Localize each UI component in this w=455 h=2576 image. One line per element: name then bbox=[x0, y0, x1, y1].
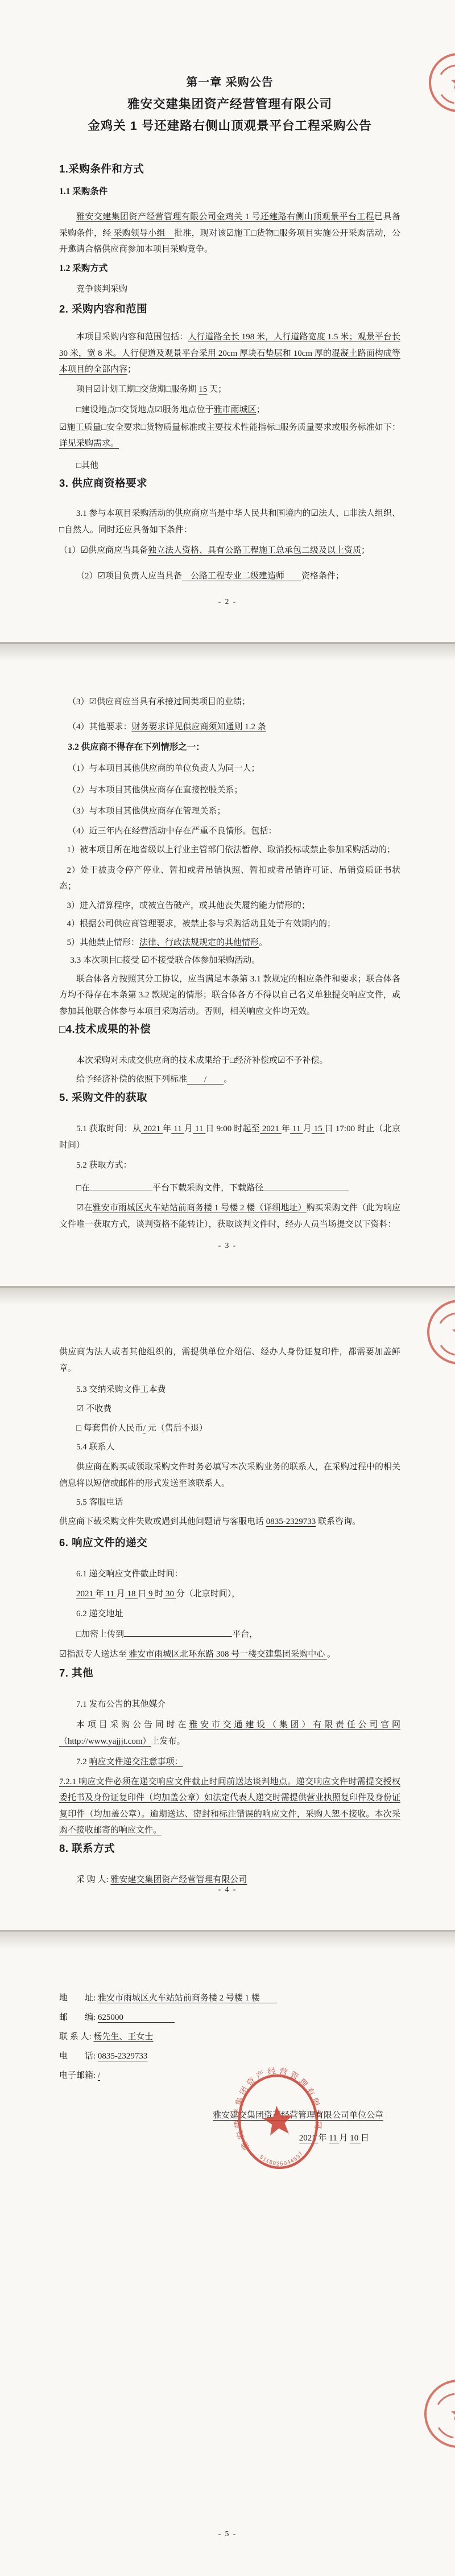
filled-in-text: 625000 bbox=[98, 2013, 175, 2022]
filled-in-text: 2021 bbox=[299, 2134, 318, 2143]
page-number: - 3 - bbox=[0, 1241, 455, 1250]
text-run: （1）与本项目其他供应商的单位负责人为同一人； bbox=[68, 764, 260, 773]
filled-in-text: 2021 bbox=[141, 1124, 163, 1133]
paragraph: 联 系 人: 杨先生、王女士 bbox=[59, 2027, 400, 2047]
text-run: 电子邮箱: bbox=[59, 2071, 98, 2080]
text-run: 3）进入清算程序，或被宣告破产，或其他丧失履约能力情形的； bbox=[67, 901, 311, 910]
text-run: 月 bbox=[303, 1124, 312, 1133]
blank-underline bbox=[124, 1628, 232, 1637]
text-run: ☑ 不收费 bbox=[76, 1404, 111, 1414]
text-run: 供应商在购买或领取采购文件时务必填写本次采购业务的联系人，在采购过程中的相关信息… bbox=[59, 1462, 400, 1488]
text-run: 5. 采购文件的获取 bbox=[59, 1091, 147, 1103]
document-page-1: 第一章 采购公告雅安交建集团资产经营管理有限公司金鸡关 1 号还建路右侧山顶观景… bbox=[0, 0, 455, 644]
paragraph: 3.1 参与本项目采购活动的供应商应当是中华人民共和国境内的☑法人、□非法人组织… bbox=[59, 506, 400, 538]
text-run: 6.2 递交地址 bbox=[76, 1609, 123, 1618]
section-heading: □4.技术成果的补偿 bbox=[59, 1021, 400, 1038]
text-run: 2）处于被责令停产停业、暂扣或者吊销执照、暂扣或者吊销许可证、吊销资质证书状态； bbox=[59, 866, 400, 891]
svg-text:5118025044537: 5118025044537 bbox=[258, 2150, 306, 2170]
text-run: 。 bbox=[224, 1075, 232, 1084]
filled-in-text: 7.2.1 bbox=[59, 1777, 78, 1786]
text-run: ； bbox=[361, 546, 370, 555]
text-run: （4）其他要求： bbox=[68, 722, 132, 732]
text-run: 采 购 人: bbox=[76, 1875, 110, 1884]
text-run: 。 bbox=[327, 1650, 336, 1659]
blank-underline bbox=[90, 1182, 152, 1190]
filled-in-text: 30 bbox=[163, 1589, 176, 1599]
paragraph: □建设地点□交货地点☑服务地点位于雅市雨城区； bbox=[59, 402, 400, 418]
text-run: 时 bbox=[155, 1589, 163, 1599]
text-run: 金鸡关 1 号还建路右侧山顶观景平台工程采购公告 bbox=[88, 119, 371, 133]
paragraph: 6.2 递交地址 bbox=[59, 1606, 400, 1622]
text-run: 1.1 采购条件 bbox=[59, 187, 107, 196]
paragraph: （2）☑项目负责人应当具备 公路工程专业二级建造师 资格条件； bbox=[59, 568, 400, 585]
paragraph: 6.1 递交响应文件截止时间： bbox=[59, 1566, 400, 1583]
filled-in-text: 采购领导小组 bbox=[111, 229, 174, 238]
page-number: - 5 - bbox=[0, 2529, 455, 2538]
filled-in-text: 0835-2329733 bbox=[266, 1517, 316, 1526]
title-line: 金鸡关 1 号还建路右侧山顶观景平台工程采购公告 bbox=[59, 115, 400, 137]
filled-in-text: 11 bbox=[290, 1124, 303, 1133]
text-run: 供应商为法人或者其他组织的，需提供单位介绍信、经办人身份证复印件，都需要加盖鲜章… bbox=[59, 1347, 400, 1373]
text-run: 5）其他禁止情形： bbox=[67, 938, 140, 947]
text-run: 3.3 本次项目□接受 ☑不接受联合体参加采购活动。 bbox=[71, 956, 260, 965]
filled-in-text: 0835-2329733 bbox=[98, 2052, 148, 2061]
page-number: - 4 - bbox=[0, 1885, 455, 1894]
text-run: 平台下载采购文件，下载路径 bbox=[152, 1184, 263, 1193]
text-run: 邮 编: bbox=[59, 2013, 98, 2022]
text-run: ； bbox=[257, 405, 265, 414]
section-heading: 5. 采购文件的获取 bbox=[59, 1089, 400, 1106]
partial-company-seal bbox=[427, 51, 455, 117]
text-run: 3.1 参与本项目采购活动的供应商应当是中华人民共和国境内的☑法人、□非法人组织… bbox=[59, 509, 400, 535]
seal-star-icon bbox=[451, 75, 455, 89]
paragraph: 本项目采购公告同时在雅安市交通建设（集团）有限责任公司官网（http://www… bbox=[59, 1717, 400, 1749]
text-run: 资格条件； bbox=[301, 572, 344, 581]
document-page-4: 地 址: 雅安市雨城区火车站站前商务楼 2 号楼 1 楼 邮 编: 625000… bbox=[0, 1932, 455, 2576]
paragraph: 本项目采购内容和范围包括：人行道路全长 198 米，人行道路宽度 1.5 米；观… bbox=[59, 329, 400, 378]
paragraph: 给予经济补偿的依照下列标准 / 。 bbox=[59, 1071, 400, 1088]
paragraph: （1）与本项目其他供应商的单位负责人为同一人； bbox=[59, 761, 400, 777]
document-page-3: 供应商为法人或者其他组织的，需提供单位介绍信、经办人身份证复印件，都需要加盖鲜章… bbox=[0, 1288, 455, 1932]
paragraph: 邮 编: 625000 bbox=[59, 2008, 400, 2027]
paragraph: □其他 bbox=[59, 458, 400, 474]
page-number: - 2 - bbox=[0, 597, 455, 606]
text-run: 年 bbox=[96, 1589, 104, 1599]
text-run: 3.2 供应商不得存在下列情形之一： bbox=[68, 742, 205, 752]
text-run: 5.1 获取时间：从 bbox=[76, 1124, 141, 1133]
filled-in-text: / bbox=[98, 2071, 100, 2080]
text-run: 日 bbox=[138, 1589, 146, 1599]
paragraph: □ 每套售价人民币/ 元（售后不退） bbox=[59, 1420, 400, 1437]
filled-in-text: / bbox=[187, 1075, 224, 1084]
text-run: 日 bbox=[361, 2134, 369, 2143]
text-run: 1）被本项目所在地省级以上行业主管部门依法暂停、取消投标或禁止参加采购活动的； bbox=[67, 845, 396, 854]
subsection-heading: 1.1 采购条件 bbox=[59, 183, 400, 200]
text-run: （3）与本项目其他供应商存在管理关系； bbox=[68, 807, 226, 816]
filled-in-text: 11 bbox=[171, 1124, 184, 1133]
paragraph: 本次采购对未成交供应商的技术成果给于□经济补偿或☑不予补偿。 bbox=[59, 1053, 400, 1069]
text-run: （2）☑项目负责人应当具备 bbox=[76, 572, 182, 581]
text-run: （2）与本项目其他供应商存在直接控股关系； bbox=[68, 786, 243, 795]
text-run: 第一章 采购公告 bbox=[186, 76, 274, 89]
paragraph: 联合体各方按照其分工协议，应当满足本条第 3.1 款规定的相应条件和要求；联合体… bbox=[59, 971, 400, 1020]
text-run: ☑在 bbox=[76, 1203, 93, 1213]
filled-in-text: 财务要求详见供应商须知通则 1.2 条 bbox=[132, 722, 266, 732]
paragraph: 7.2 响应文件递交注意事项： bbox=[59, 1754, 400, 1770]
text-run: 4）根据公司供应商管理要求，被禁止参与采购活动且处于有效期内的； bbox=[67, 919, 336, 928]
text-run: □建设地点□交货地点☑服务地点位于 bbox=[76, 405, 214, 414]
paragraph: 供应商下载采购文件失败或遇到其他问题请与客服电话 0835-2329733 联系… bbox=[59, 1514, 400, 1530]
text-run: 竞争谈判采购 bbox=[76, 285, 127, 294]
paragraph: 2021 年 11 月 18 日 9 时 30 分（北京时间）， bbox=[59, 1586, 400, 1603]
seal-star-icon bbox=[451, 2406, 455, 2420]
filled-in-text: 11 bbox=[329, 2134, 339, 2143]
filled-in-text: 雅安市雨城区火车站站前商务楼 1 号楼 2 楼（详细地址） bbox=[93, 1203, 307, 1213]
text-run: 天； bbox=[207, 385, 226, 394]
filled-in-text: 独立法人资格、具有公路工程施工总承包二级及以上资质 bbox=[148, 546, 361, 555]
paragraph: （1）☑供应商应当具备独立法人资格、具有公路工程施工总承包二级及以上资质； bbox=[59, 543, 400, 559]
text-run: 7.2 bbox=[76, 1757, 89, 1766]
text-run: □4.技术成果的补偿 bbox=[59, 1023, 151, 1035]
paragraph: 3）进入清算程序，或被宣告破产，或其他丧失履约能力情形的； bbox=[59, 898, 400, 914]
paragraph: （4）近三年内在经营活动中存在严重不良情形。包括： bbox=[59, 823, 400, 840]
text-run: ☑指派专人送达至 bbox=[59, 1650, 126, 1659]
text-run: 电 话: bbox=[59, 2052, 98, 2061]
text-run: 3. 供应商资格要求 bbox=[59, 477, 147, 489]
text-run: 。 bbox=[259, 938, 267, 947]
text-run: 7.1 发布公告的其他媒介 bbox=[76, 1700, 166, 1709]
filled-in-text: 法律、行政法规规定的其他情形 bbox=[139, 938, 259, 947]
paragraph: （3）☑供应商应当具有承接过同类项目的业绩； bbox=[59, 694, 400, 710]
text-run: 5.3 交纳采购文件工本费 bbox=[76, 1385, 166, 1394]
text-run: 年 bbox=[282, 1124, 290, 1133]
subsection-heading: 3.2 供应商不得存在下列情形之一： bbox=[59, 739, 400, 755]
section-heading: 7. 其他 bbox=[59, 1665, 400, 1682]
subsection-heading: 1.2 采购方式 bbox=[59, 260, 400, 277]
text-run: 5.2 获取方式： bbox=[76, 1161, 132, 1170]
text-run: 年 bbox=[318, 2134, 329, 2143]
paragraph: 5.1 获取时间：从 2021 年 11 月 11 日 9:00 时起至 202… bbox=[59, 1121, 400, 1153]
text-run: 2. 采购内容和范围 bbox=[59, 303, 147, 315]
text-run: 给予经济补偿的依照下列标准 bbox=[76, 1075, 187, 1084]
partial-company-seal bbox=[425, 1298, 455, 1369]
paragraph: 5.4 联系人 bbox=[59, 1439, 400, 1456]
text-run: ； bbox=[127, 365, 136, 374]
text-run: （4）近三年内在经营活动中存在严重不良情形。包括： bbox=[68, 827, 277, 836]
title-line: 雅安交建集团资产经营管理有限公司 bbox=[59, 93, 400, 115]
text-run: 联 系 人: bbox=[59, 2032, 93, 2041]
filled-in-text: 响应文件递交注意事项： bbox=[89, 1757, 183, 1766]
text-run: 7. 其他 bbox=[59, 1667, 93, 1679]
text-run: 日 9:00 时起至 bbox=[205, 1124, 260, 1133]
text-run: 上发布。 bbox=[151, 1737, 185, 1746]
text-run: 本项目采购内容和范围包括： bbox=[76, 332, 188, 342]
text-run: 联系咨询。 bbox=[316, 1517, 361, 1526]
paragraph: ☑在雅安市雨城区火车站站前商务楼 1 号楼 2 楼（详细地址）购买采购文件（此为… bbox=[59, 1200, 400, 1232]
paragraph: 2021 年 11 月 10 日 bbox=[59, 2129, 369, 2148]
paragraph: □在平台下载采购文件，下载路径 bbox=[59, 1180, 400, 1197]
filled-in-text: 雅安市雨城区北环东路 308 号一楼交建集团采购中心 bbox=[126, 1650, 327, 1659]
filled-in-text: 10 bbox=[350, 2134, 361, 2143]
paragraph: 5.3 交纳采购文件工本费 bbox=[59, 1382, 400, 1398]
text-run: 6.1 递交响应文件截止时间： bbox=[76, 1570, 183, 1579]
partial-company-seal bbox=[423, 2378, 455, 2452]
text-run: 6. 响应文件的递交 bbox=[59, 1536, 147, 1548]
paragraph: 地 址: 雅安市雨城区火车站站前商务楼 2 号楼 1 楼 bbox=[59, 1989, 400, 2008]
text-run: □加密上传到 bbox=[76, 1630, 124, 1639]
text-run: 供应商下载采购文件失败或遇到其他问题请与客服电话 bbox=[59, 1517, 266, 1526]
filled-in-text: 雅安市雨城区火车站站前商务楼 2 号楼 1 楼 bbox=[98, 1994, 277, 2003]
filled-in-text: 响应文件必须在递交响应文件截止时间前送达谈判地点。递交响应文件时需提交授权委托书… bbox=[59, 1777, 400, 1835]
paragraph: 电 话: 0835-2329733 bbox=[59, 2047, 400, 2066]
paragraph: 5）其他禁止情形：法律、行政法规规定的其他情形。 bbox=[59, 935, 400, 951]
text-run: 联合体各方按照其分工协议，应当满足本条第 3.1 款规定的相应条件和要求；联合体… bbox=[59, 975, 400, 1016]
section-heading: 6. 响应文件的递交 bbox=[59, 1534, 400, 1551]
paragraph: ☑指派专人送达至 雅安市雨城区北环东路 308 号一楼交建集团采购中心 。 bbox=[59, 1646, 400, 1663]
document-scan: 第一章 采购公告雅安交建集团资产经营管理有限公司金鸡关 1 号还建路右侧山顶观景… bbox=[0, 0, 455, 2576]
section-heading: 2. 采购内容和范围 bbox=[59, 301, 400, 318]
filled-in-text: 雅市雨城区 bbox=[214, 405, 257, 414]
filled-in-text: 15 bbox=[198, 385, 207, 394]
paragraph: （3）与本项目其他供应商存在管理关系； bbox=[59, 803, 400, 820]
text-run: 分（北京时间）， bbox=[176, 1589, 241, 1599]
paragraph: 7.1 发布公告的其他媒介 bbox=[59, 1696, 400, 1713]
paragraph: （2）与本项目其他供应商存在直接控股关系； bbox=[59, 782, 400, 799]
text-run: 年 bbox=[163, 1124, 171, 1133]
paragraph: 5.2 获取方式： bbox=[59, 1157, 400, 1174]
section-heading: 1.采购条件和方式 bbox=[59, 161, 400, 178]
text-run: 元（售后不退） bbox=[146, 1424, 208, 1433]
paragraph: 3.3 本次项目□接受 ☑不接受联合体参加采购活动。 bbox=[59, 952, 400, 969]
filled-in-text: 9 bbox=[146, 1589, 155, 1599]
text-run: 项目☑计划工期□交货期□服务期 bbox=[76, 385, 198, 394]
filled-in-text: 杨先生、王女士 bbox=[93, 2032, 153, 2041]
paragraph: 7.2.1 响应文件必须在递交响应文件截止时间前送达谈判地点。递交响应文件时需提… bbox=[59, 1774, 400, 1839]
text-run: 1.2 采购方式 bbox=[59, 264, 107, 273]
text-run: 地 址: bbox=[59, 1994, 98, 2003]
filled-in-text: 雅安建交集团资产经营管理有限公司单位公章 bbox=[213, 2111, 383, 2120]
text-run: □其他 bbox=[76, 461, 98, 470]
text-run: 5.4 联系人 bbox=[76, 1443, 115, 1452]
filled-in-text: 11 bbox=[104, 1589, 117, 1599]
text-run: 本项目采购公告同时在 bbox=[76, 1720, 189, 1729]
text-run: 平台， bbox=[232, 1630, 258, 1639]
paragraph: 竞争谈判采购 bbox=[59, 281, 400, 298]
filled-in-text: 11 bbox=[193, 1124, 205, 1133]
paragraph: 雅安交建集团资产经营管理有限公司金鸡关 1 号还建路右侧山顶观景平台工程已具备采… bbox=[59, 209, 400, 258]
paragraph: 1）被本项目所在地省级以上行业主管部门依法暂停、取消投标或禁止参加采购活动的； bbox=[59, 842, 400, 858]
paragraph: （4）其他要求：财务要求详见供应商须知通则 1.2 条 bbox=[59, 719, 400, 736]
paragraph: 5.5 客服电话 bbox=[59, 1494, 400, 1511]
text-run: 月 bbox=[184, 1124, 193, 1133]
paragraph: ☑ 不收费 bbox=[59, 1401, 400, 1418]
filled-in-text: 公路工程专业二级建造师 bbox=[182, 572, 301, 581]
text-run: 月 bbox=[339, 2134, 350, 2143]
text-run: （3）☑供应商应当具有承接过同类项目的业绩； bbox=[68, 697, 250, 706]
paragraph: 项目☑计划工期□交货期□服务期 15 天； bbox=[59, 381, 400, 398]
paragraph: 4）根据公司供应商管理要求，被禁止参与采购活动且处于有效期内的； bbox=[59, 916, 400, 932]
paragraph: 雅安建交集团资产经营管理有限公司单位公章 bbox=[59, 2106, 383, 2125]
blank-underline bbox=[263, 1182, 349, 1190]
filled-in-text: 雅安建交集团资产经营管理有限公司 bbox=[110, 1875, 247, 1884]
section-heading: 8. 联系方式 bbox=[59, 1840, 400, 1857]
text-run: 1.采购条件和方式 bbox=[59, 163, 144, 175]
filled-in-text: 15 bbox=[312, 1124, 325, 1133]
paragraph: □加密上传到平台， bbox=[59, 1626, 400, 1643]
text-run: 8. 联系方式 bbox=[59, 1842, 115, 1854]
text-run: （1）☑供应商应当具备 bbox=[59, 546, 148, 555]
text-run: □ 每套售价人民币 bbox=[76, 1424, 143, 1433]
filled-in-text: 2021 bbox=[76, 1589, 96, 1599]
filled-in-text: 详见采购需求。 bbox=[59, 439, 119, 448]
text-run: □在 bbox=[76, 1184, 90, 1193]
paragraph: 2）处于被责令停产停业、暂扣或者吊销执照、暂扣或者吊销许可证、吊销资质证书状态； bbox=[59, 862, 400, 895]
filled-in-text: 2021 bbox=[260, 1124, 282, 1133]
title-line: 第一章 采购公告 bbox=[59, 73, 400, 92]
paragraph: 供应商为法人或者其他组织的，需提供单位介绍信、经办人身份证复印件，都需要加盖鲜章… bbox=[59, 1344, 400, 1377]
seal-star-icon bbox=[452, 1324, 455, 1338]
paragraph: 供应商在购买或领取采购文件时务必填写本次采购业务的联系人，在采购过程中的相关信息… bbox=[59, 1459, 400, 1492]
filled-in-text: 18 bbox=[125, 1589, 138, 1599]
paragraph: 电子邮箱: / bbox=[59, 2066, 400, 2085]
text-run: 本次采购对未成交供应商的技术成果给于□经济补偿或☑不予补偿。 bbox=[76, 1056, 328, 1065]
text-run: 5.5 客服电话 bbox=[76, 1498, 123, 1507]
filled-in-text: 雅安交建集团资产经营管理有限公司金鸡关 1 号还建路右侧山顶观景平台工程 bbox=[76, 212, 374, 221]
text-run: 月 bbox=[117, 1589, 125, 1599]
document-page-2: （3）☑供应商应当具有承接过同类项目的业绩；（4）其他要求：财务要求详见供应商须… bbox=[0, 644, 455, 1288]
text-run: 雅安交建集团资产经营管理有限公司 bbox=[127, 97, 332, 111]
paragraph: ☑施工质量□安全要求□货物质量标准或主要技术性能指标□服务质量要求或服务标准如下… bbox=[59, 420, 400, 452]
text-run: ☑施工质量□安全要求□货物质量标准或主要技术性能指标□服务质量要求或服务标准如下… bbox=[59, 423, 400, 432]
section-heading: 3. 供应商资格要求 bbox=[59, 475, 400, 492]
